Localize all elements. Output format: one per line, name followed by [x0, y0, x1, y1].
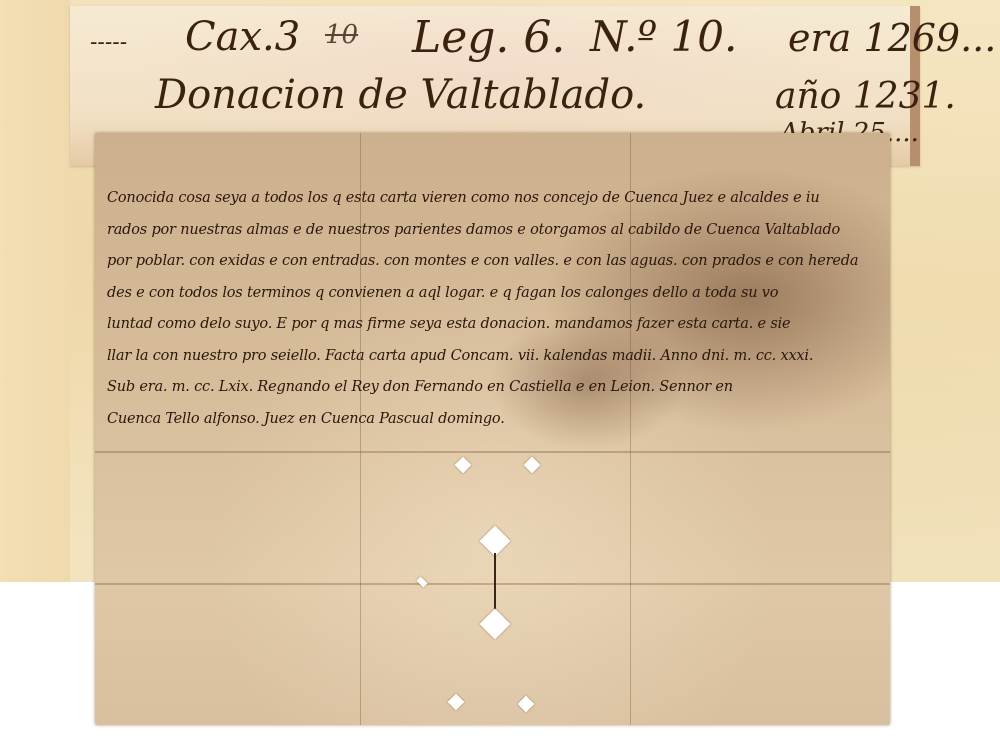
label-year: año 1231. [775, 76, 956, 117]
text-line: luntad como delo suyo. E por q mas firme… [107, 309, 877, 341]
text-line: Sub era. m. cc. Lxix. Regnando el Rey do… [107, 372, 877, 404]
label-box-number: Cax.3 [185, 14, 300, 60]
seal-hole [479, 525, 510, 556]
fold-line-horizontal [95, 583, 890, 585]
seal-hole [416, 576, 427, 587]
seal-cord-slit [494, 553, 496, 613]
fold-line-horizontal [95, 451, 890, 453]
seal-hole [524, 457, 541, 474]
label-legajo: Leg. 6. [412, 12, 565, 63]
label-era: era 1269... [788, 16, 996, 60]
seal-hole [455, 457, 472, 474]
seal-hole [448, 694, 465, 711]
text-line: llar la con nuestro pro seiello. Facta c… [107, 341, 877, 373]
charter-text: Conocida cosa seya a todos los q esta ca… [107, 183, 877, 435]
label-title: Donacion de Valtablado. [155, 72, 646, 118]
text-line: por poblar. con exidas e con entradas. c… [107, 246, 877, 278]
label-struck-number: 10 [325, 20, 358, 50]
text-line: Cuenca Tello alfonso. Juez en Cuenca Pas… [107, 404, 877, 436]
text-line: Conocida cosa seya a todos los q esta ca… [107, 183, 877, 215]
seal-hole [479, 608, 510, 639]
label-dashes: ----- [90, 30, 127, 55]
text-line: rados por nuestras almas e de nuestros p… [107, 215, 877, 247]
text-line: des e con todos los terminos q convienen… [107, 278, 877, 310]
parchment-charter: Conocida cosa seya a todos los q esta ca… [95, 133, 890, 725]
backing-left-edge [0, 0, 70, 582]
seal-hole [518, 696, 535, 713]
label-number: N.º 10. [590, 12, 737, 61]
